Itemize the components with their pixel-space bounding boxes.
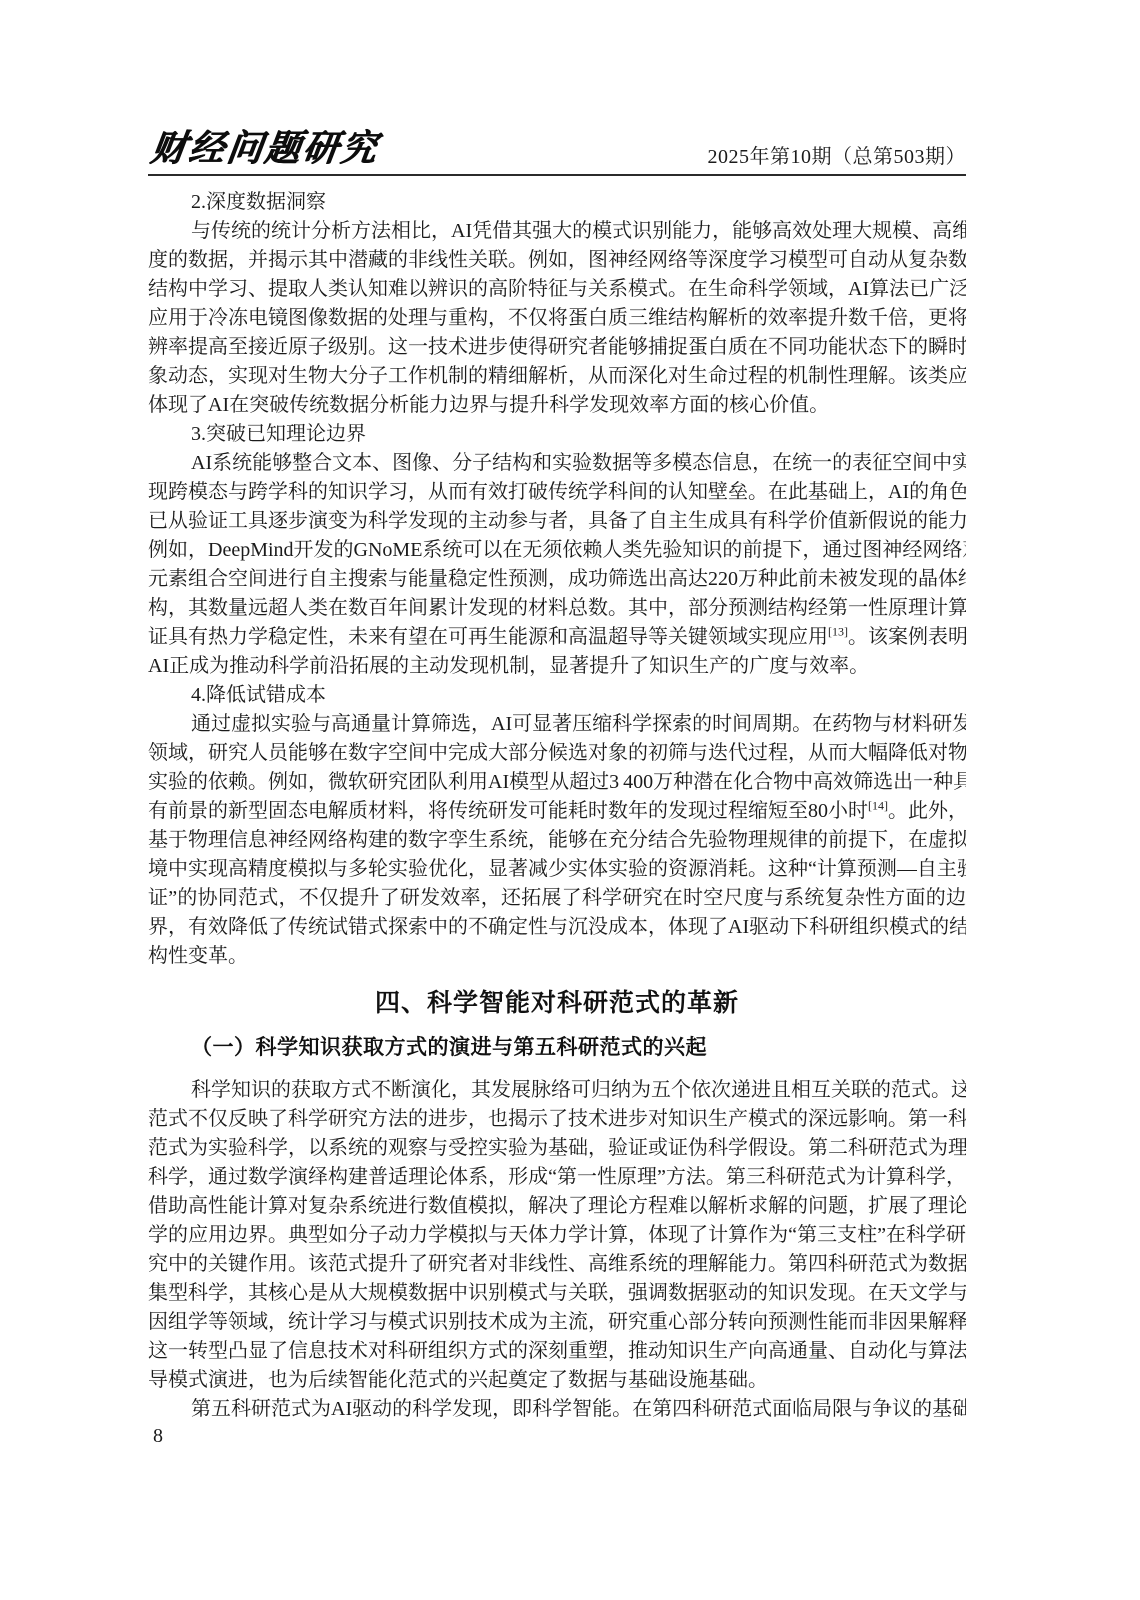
text-line: 度的数据，并揭示其中潜藏的非线性关联。例如，图神经网络等深度学习模型可自动从复杂… (148, 246, 966, 275)
text-line: 实验的依赖。例如，微软研究团队利用AI模型从超过3 400万种潜在化合物中高效筛… (148, 768, 966, 797)
text-line: 现跨模态与跨学科的知识学习，从而有效打破传统学科间的认知壁垒。在此基础上，AI的… (148, 478, 966, 507)
text-line: 象动态，实现对生物大分子工作机制的精细解析，从而深化对生命过程的机制性理解。该类… (148, 362, 966, 391)
text-line: 与传统的统计分析方法相比，AI凭借其强大的模式识别能力，能够高效处理大规模、高维 (148, 217, 966, 246)
subsection-heading: （一）科学知识获取方式的演进与第五科研范式的兴起 (148, 1033, 966, 1062)
text-line: 因组学等领域，统计学习与模式识别技术成为主流，研究重心部分转向预测性能而非因果解… (148, 1308, 966, 1337)
text-line: 借助高性能计算对复杂系统进行数值模拟，解决了理论方程难以解析求解的问题，扩展了理… (148, 1192, 966, 1221)
text-line: 究中的关键作用。该范式提升了研究者对非线性、高维系统的理解能力。第四科研范式为数… (148, 1250, 966, 1279)
text-line: 辨率提高至接近原子级别。这一技术进步使得研究者能够捕捉蛋白质在不同功能状态下的瞬… (148, 333, 966, 362)
text-line: 构，其数量远超人类在数百年间累计发现的材料总数。其中，部分预测结构经第一性原理计… (148, 594, 966, 623)
text-line: 证具有热力学稳定性，未来有望在可再生能源和高温超导等关键领域实现应用[13]。该… (148, 623, 966, 652)
text-line: 结构中学习、提取人类认知难以辨识的高阶特征与关系模式。在生命科学领域，AI算法已… (148, 275, 966, 304)
text-segment: 。此外， (888, 800, 966, 822)
text-line: AI正成为推动科学前沿拓展的主动发现机制，显著提升了知识生产的广度与效率。 (148, 652, 966, 681)
text-line: 范式为实验科学，以系统的观察与受控实验为基础，验证或证伪科学假设。第二科研范式为… (148, 1134, 966, 1163)
text-line: 界，有效降低了传统试错式探索中的不确定性与沉没成本，体现了AI驱动下科研组织模式… (148, 913, 966, 942)
text-line: 这一转型凸显了信息技术对科研组织方式的深刻重塑，推动知识生产向高通量、自动化与算… (148, 1337, 966, 1366)
text-line: 应用于冷冻电镜图像数据的处理与重构，不仅将蛋白质三维结构解析的效率提升数千倍，更… (148, 304, 966, 333)
text-line: 导模式演进，也为后续智能化范式的兴起奠定了数据与基础设施基础。 (148, 1366, 966, 1395)
citation-ref: [14] (868, 798, 888, 812)
journal-logo: 财经问题研究 (148, 120, 383, 172)
text-line: 有前景的新型固态电解质材料，将传统研发可能耗时数年的发现过程缩短至80小时[14… (148, 797, 966, 826)
text-line: 元素组合空间进行自主搜索与能量稳定性预测，成功筛选出高达220万种此前未被发现的… (148, 565, 966, 594)
text-line: 例如，DeepMind开发的GNoME系统可以在无须依赖人类先验知识的前提下，通… (148, 536, 966, 565)
text-line: 境中实现高精度模拟与多轮实验优化，显著减少实体实验的资源消耗。这种“计算预测—自… (148, 855, 966, 884)
text-segment: 有前景的新型固态电解质材料，将传统研发可能耗时数年的发现过程缩短至80小时 (148, 800, 868, 822)
text-line: 基于物理信息神经网络构建的数字孪生系统，能够在充分结合先验物理规律的前提下，在虚… (148, 826, 966, 855)
page-number: 8 (153, 1425, 163, 1448)
citation-ref: [13] (828, 624, 848, 638)
text-line: AI系统能够整合文本、图像、分子结构和实验数据等多模态信息，在统一的表征空间中实 (148, 449, 966, 478)
header-divider (148, 174, 966, 176)
section-heading: 四、科学智能对科研范式的革新 (148, 987, 966, 1019)
numbered-subheading: 4.降低试错成本 (148, 681, 966, 710)
text-line: 证”的协同范式，不仅提升了研发效率，还拓展了科学研究在时空尺度与系统复杂性方面的… (148, 884, 966, 913)
text-line: 构性变革。 (148, 942, 966, 971)
text-line: 范式不仅反映了科学研究方法的进步，也揭示了技术进步对知识生产模式的深远影响。第一… (148, 1105, 966, 1134)
journal-page: 财经问题研究 2025年第10期（总第503期） 2.深度数据洞察与传统的统计分… (0, 0, 1140, 1600)
text-line: 体现了AI在突破传统数据分析能力边界与提升科学发现效率方面的核心价值。 (148, 391, 966, 420)
text-line: 科学，通过数学演绎构建普适理论体系，形成“第一性原理”方法。第三科研范式为计算科… (148, 1163, 966, 1192)
article-body: 2.深度数据洞察与传统的统计分析方法相比，AI凭借其强大的模式识别能力，能够高效… (148, 188, 966, 1424)
text-segment: 证具有热力学稳定性，未来有望在可再生能源和高温超导等关键领域实现应用 (148, 626, 828, 648)
text-line: 领域，研究人员能够在数字空间中完成大部分候选对象的初筛与迭代过程，从而大幅降低对… (148, 739, 966, 768)
numbered-subheading: 2.深度数据洞察 (148, 188, 966, 217)
issue-info: 2025年第10期（总第503期） (708, 140, 967, 169)
text-line: 通过虚拟实验与高通量计算筛选，AI可显著压缩科学探索的时间周期。在药物与材料研发 (148, 710, 966, 739)
text-line: 集型科学，其核心是从大规模数据中识别模式与关联，强调数据驱动的知识发现。在天文学… (148, 1279, 966, 1308)
text-line: 已从验证工具逐步演变为科学发现的主动参与者，具备了自主生成具有科学价值新假说的能… (148, 507, 966, 536)
text-line: 学的应用边界。典型如分子动力学模拟与天体力学计算，体现了计算作为“第三支柱”在科… (148, 1221, 966, 1250)
text-segment: 。该案例表明， (848, 626, 966, 648)
text-line: 第五科研范式为AI驱动的科学发现，即科学智能。在第四科研范式面临局限与争议的基础 (148, 1395, 966, 1424)
numbered-subheading: 3.突破已知理论边界 (148, 420, 966, 449)
page-header: 财经问题研究 2025年第10期（总第503期） (148, 128, 966, 174)
text-line: 科学知识的获取方式不断演化，其发展脉络可归纳为五个依次递进且相互关联的范式。这些 (148, 1076, 966, 1105)
